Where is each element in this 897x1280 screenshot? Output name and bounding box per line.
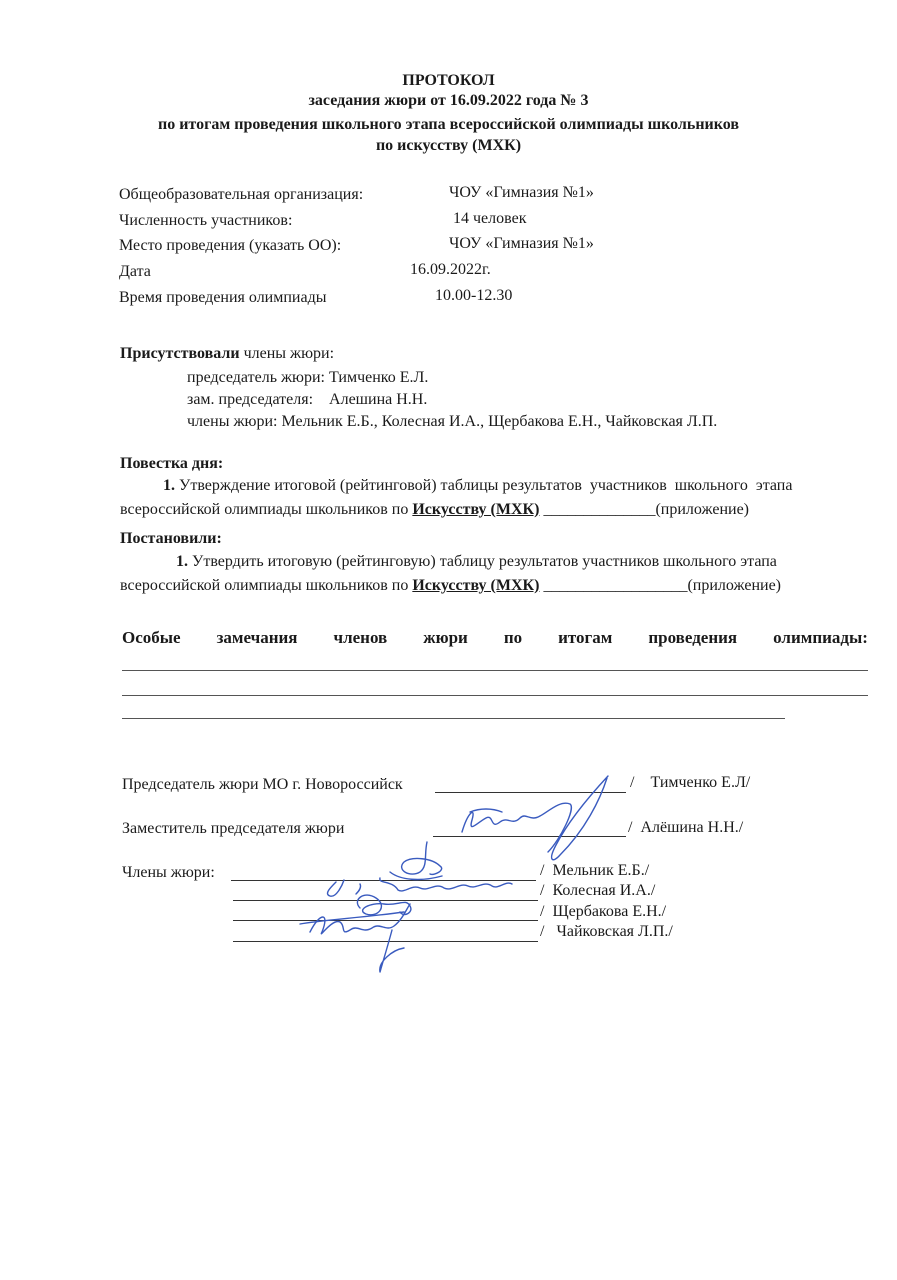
chair-signature-stroke — [552, 776, 608, 860]
member2-signature-stroke — [328, 880, 344, 896]
handwritten-signatures — [0, 0, 897, 1280]
member1-signature-stroke — [402, 842, 442, 874]
vice-signature-stroke — [462, 803, 571, 852]
